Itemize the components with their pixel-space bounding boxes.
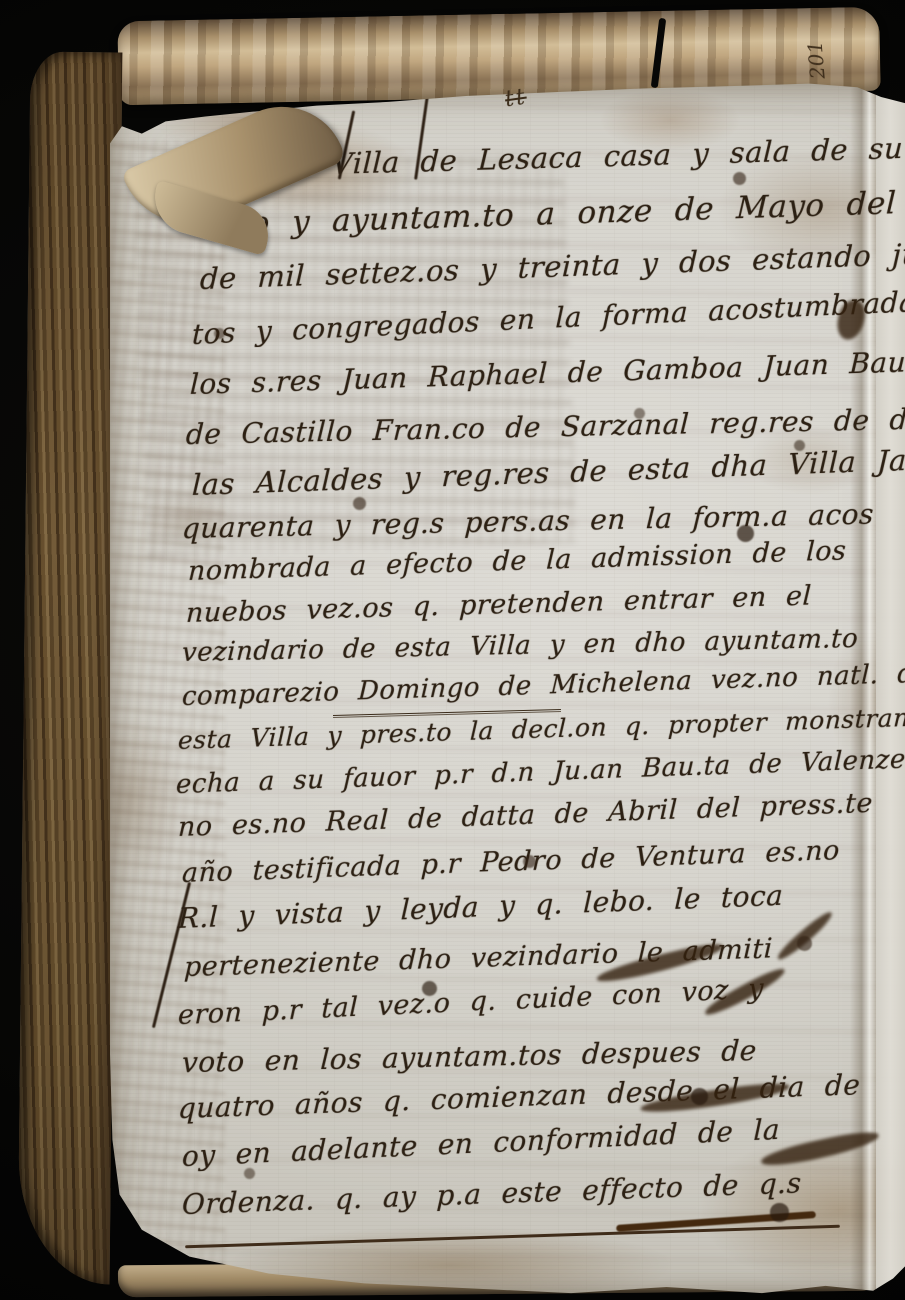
book-left-page-edges — [18, 52, 123, 1285]
manuscript-page: En la Villa de Lesaca casa y sala de su … — [110, 80, 905, 1298]
manuscript-photo: En la Villa de Lesaca casa y sala de su … — [0, 0, 905, 1300]
folio-number: 201 — [802, 40, 829, 80]
archivist-mark: tt — [503, 85, 528, 113]
